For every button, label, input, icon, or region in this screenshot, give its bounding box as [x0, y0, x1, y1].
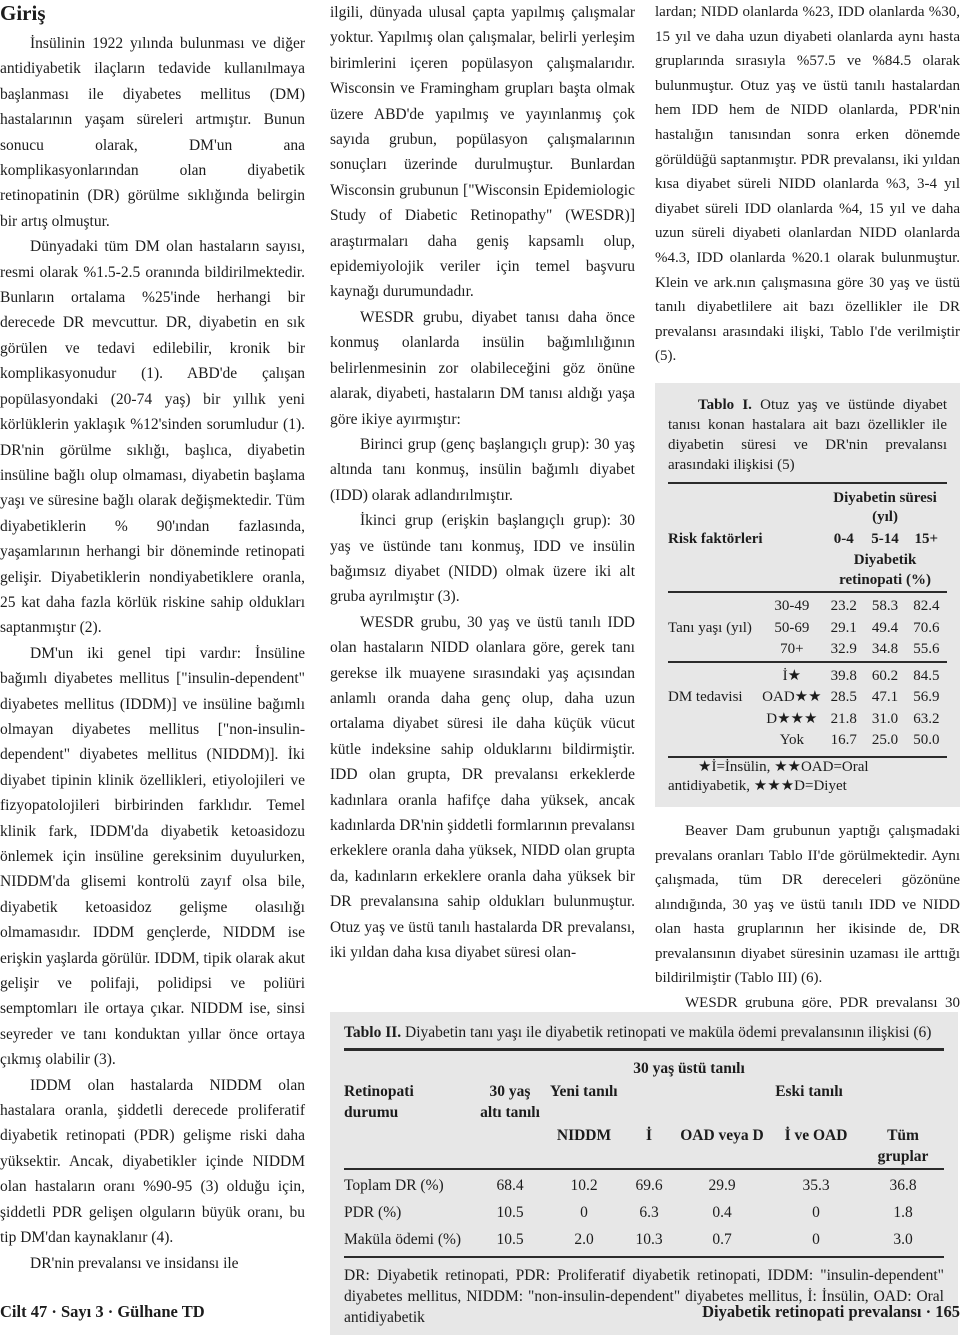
group-label-cell: [668, 592, 761, 618]
table-row: 30-49 23.2 58.3 82.4: [668, 592, 947, 618]
table-row: 30 yaş üstü tanılı: [344, 1057, 944, 1080]
group-label-cell: Tanı yaşı (yıl): [668, 618, 761, 640]
table-row: İ★ 39.8 60.2 84.5: [668, 662, 947, 688]
header-col-0-4: 0-4: [823, 529, 864, 551]
table-row: Risk faktörleri 0-4 5-14 15+: [668, 529, 947, 551]
spacer-cell: [476, 1124, 544, 1169]
value-cell: 10.5: [476, 1199, 544, 1226]
value-cell: 58.3: [864, 592, 905, 618]
page-footer: Cilt 47 · Sayı 3 · Gülhane TD Diyabetik …: [0, 1302, 960, 1322]
header-retinopathy-status: Retinopatidurumu: [344, 1080, 476, 1124]
value-cell: 10.2: [544, 1169, 624, 1199]
table-row: Diyabetin süresi (yıl): [668, 488, 947, 529]
table-row: Tanı yaşı (yıl) 50-69 29.1 49.4 70.6: [668, 618, 947, 640]
row-label-cell: 50-69: [761, 618, 823, 640]
value-cell: 32.9: [823, 639, 864, 662]
group-label-cell: DM tedavisi: [668, 687, 761, 709]
table-row: 70+ 32.9 34.8 55.6: [668, 639, 947, 662]
value-cell: 29.9: [674, 1169, 770, 1199]
paragraph: IDDM olan hastalarda NIDDM olan hastalar…: [0, 1073, 305, 1251]
paragraph: Beaver Dam grubunun yaptığı çalışmadaki …: [655, 819, 960, 991]
table-2-caption-label: Tablo II.: [344, 1024, 401, 1041]
section-heading: Giriş: [0, 0, 305, 26]
table-row: Retinopatidurumu 30 yaşaltı tanılı Yeni …: [344, 1080, 944, 1124]
value-cell: 49.4: [864, 618, 905, 640]
paragraph: İkinci grup (erişkin başlangıçlı grup): …: [330, 508, 635, 610]
table-1: Diyabetin süresi (yıl) Risk faktörleri 0…: [668, 488, 947, 758]
row-label-cell: D★★★: [761, 709, 823, 731]
column-right: lardan; NIDD olanlarda %23, IDD olanlard…: [655, 0, 960, 1008]
value-cell: 34.8: [864, 639, 905, 662]
value-cell: 3.0: [862, 1226, 944, 1257]
header-col-5-14: 5-14: [864, 529, 905, 551]
value-cell: 60.2: [864, 662, 905, 688]
table-1-footnote: ★İ=İnsülin, ★★OAD=Oral antidiyabetik, ★★…: [668, 758, 947, 797]
value-cell: 39.8: [823, 662, 864, 688]
table-row: Diyabetik retinopati (%): [668, 550, 947, 592]
paragraph: Dünyadaki tüm DM olan hastaların sayısı,…: [0, 234, 305, 641]
row-label-cell: Toplam DR (%): [344, 1169, 476, 1199]
value-cell: 84.5: [906, 662, 947, 688]
footer-journal-info: Cilt 47 · Sayı 3 · Gülhane TD: [0, 1302, 205, 1322]
spacer-cell: [476, 1057, 544, 1080]
value-cell: 31.0: [864, 709, 905, 731]
value-cell: 35.3: [770, 1169, 862, 1199]
group-label-cell: [668, 662, 761, 688]
header-line: durumu: [344, 1104, 398, 1121]
value-cell: 55.6: [906, 639, 947, 662]
journal-page: Giriş İnsülinin 1922 yılında bulunması v…: [0, 0, 960, 1335]
table-row: PDR (%) 10.5 0 6.3 0.4 0 1.8: [344, 1199, 944, 1226]
header-insulin: İ: [624, 1124, 674, 1169]
row-label-cell: 30-49: [761, 592, 823, 618]
value-cell: 68.4: [476, 1169, 544, 1199]
spacer-cell: [344, 1057, 476, 1080]
value-cell: 50.0: [906, 730, 947, 757]
value-cell: 16.7: [823, 730, 864, 757]
table-2-panel: Tablo II. Diyabetin tanı yaşı ile diyabe…: [330, 1012, 958, 1335]
table-2-caption: Tablo II. Diyabetin tanı yaşı ile diyabe…: [344, 1022, 944, 1043]
header-all-groups: Tüm gruplar: [862, 1124, 944, 1169]
value-cell: 0.7: [674, 1226, 770, 1257]
value-cell: 10.3: [624, 1226, 674, 1257]
value-cell: 69.6: [624, 1169, 674, 1199]
group-label-cell: [668, 709, 761, 731]
header-insulin-and-oad: İ ve OAD: [770, 1124, 862, 1169]
table-1-panel: Tablo I. Otuz yaş ve üstünde diyabet tan…: [655, 383, 960, 807]
header-duration-group: Diyabetin süresi (yıl): [823, 488, 947, 529]
paragraph: İnsülinin 1922 yılında bulunması ve diğe…: [0, 31, 305, 234]
table-row: Maküla ödemi (%) 10.5 2.0 10.3 0.7 0 3.0: [344, 1226, 944, 1257]
header-oad-or-diet: OAD veya D: [674, 1124, 770, 1169]
column-left: Giriş İnsülinin 1922 yılında bulunması v…: [0, 0, 305, 1276]
value-cell: 1.8: [862, 1199, 944, 1226]
footer-article-page: Diyabetik retinopati prevalansı · 165: [702, 1302, 960, 1322]
value-cell: 36.8: [862, 1169, 944, 1199]
value-cell: 25.0: [864, 730, 905, 757]
value-cell: 0: [770, 1199, 862, 1226]
row-label-cell: 70+: [761, 639, 823, 662]
header-niddm: NIDDM: [544, 1124, 624, 1169]
value-cell: 0.4: [674, 1199, 770, 1226]
table-1-caption-label: Tablo I.: [698, 397, 752, 413]
value-cell: 28.5: [823, 687, 864, 709]
paragraph: Birinci grup (genç başlangıçlı grup): 30…: [330, 432, 635, 508]
header-risk-factors: Risk faktörleri: [668, 529, 823, 551]
paragraph: DR'nin prevalansı ve insidansı ile: [0, 1251, 305, 1276]
value-cell: 10.5: [476, 1226, 544, 1257]
paragraph: lardan; NIDD olanlarda %23, IDD olanlard…: [655, 0, 960, 369]
header-line: Retinopati: [344, 1083, 414, 1100]
spacer-cell: [344, 1124, 476, 1169]
table-row: NIDDM İ OAD veya D İ ve OAD Tüm gruplar: [344, 1124, 944, 1169]
header-over30-group: 30 yaş üstü tanılı: [544, 1057, 944, 1080]
header-newly-diagnosed: Yeni tanılı: [544, 1080, 674, 1124]
row-label-cell: OAD★★: [761, 687, 823, 709]
row-label-cell: İ★: [761, 662, 823, 688]
row-label-cell: PDR (%): [344, 1199, 476, 1226]
paragraph: ilgili, dünyada ulusal çapta yapılmış ça…: [330, 0, 635, 305]
table-2-caption-text: Diyabetin tanı yaşı ile diyabetik retino…: [401, 1024, 931, 1041]
value-cell: 0: [770, 1226, 862, 1257]
table-rule: [668, 482, 947, 484]
header-dr-percent: Diyabetik retinopati (%): [823, 550, 947, 592]
table-row: DM tedavisi OAD★★ 28.5 47.1 56.9: [668, 687, 947, 709]
paragraph: WESDR grubu, diyabet tanısı daha önce ko…: [330, 305, 635, 432]
value-cell: 21.8: [823, 709, 864, 731]
row-label-cell: Maküla ödemi (%): [344, 1226, 476, 1257]
value-cell: 56.9: [906, 687, 947, 709]
table-row: Yok 16.7 25.0 50.0: [668, 730, 947, 757]
value-cell: 6.3: [624, 1199, 674, 1226]
row-label-cell: Yok: [761, 730, 823, 757]
value-cell: 63.2: [906, 709, 947, 731]
header-col-15plus: 15+: [906, 529, 947, 551]
value-cell: 23.2: [823, 592, 864, 618]
value-cell: 70.6: [906, 618, 947, 640]
value-cell: 29.1: [823, 618, 864, 640]
spacer-cell: [668, 550, 823, 592]
paragraph: WESDR grubu, 30 yaş ve üstü tanılı IDD o…: [330, 610, 635, 966]
value-cell: 2.0: [544, 1226, 624, 1257]
column-middle: ilgili, dünyada ulusal çapta yapılmış ça…: [330, 0, 635, 1008]
value-cell: 0: [544, 1199, 624, 1226]
table-2: 30 yaş üstü tanılı Retinopatidurumu 30 y…: [344, 1057, 944, 1258]
value-cell: 82.4: [906, 592, 947, 618]
group-label-cell: [668, 730, 761, 757]
header-under-30: 30 yaşaltı tanılı: [476, 1080, 544, 1124]
header-line: 30 yaş: [490, 1083, 531, 1100]
value-cell: 47.1: [864, 687, 905, 709]
table-1-caption: Tablo I. Otuz yaş ve üstünde diyabet tan…: [668, 395, 947, 475]
header-line: altı tanılı: [480, 1104, 540, 1121]
header-previously-diagnosed: Eski tanılı: [674, 1080, 944, 1124]
table-row: Toplam DR (%) 68.4 10.2 69.6 29.9 35.3 3…: [344, 1169, 944, 1199]
spacer-cell: [668, 488, 823, 529]
paragraph: DM'un iki genel tipi vardır: İnsüline ba…: [0, 641, 305, 1073]
paragraph: WESDR grubuna göre, PDR prevalansı 30 ya…: [655, 991, 960, 1008]
table-rule: [344, 1048, 944, 1051]
table-row: D★★★ 21.8 31.0 63.2: [668, 709, 947, 731]
group-label-cell: [668, 639, 761, 662]
